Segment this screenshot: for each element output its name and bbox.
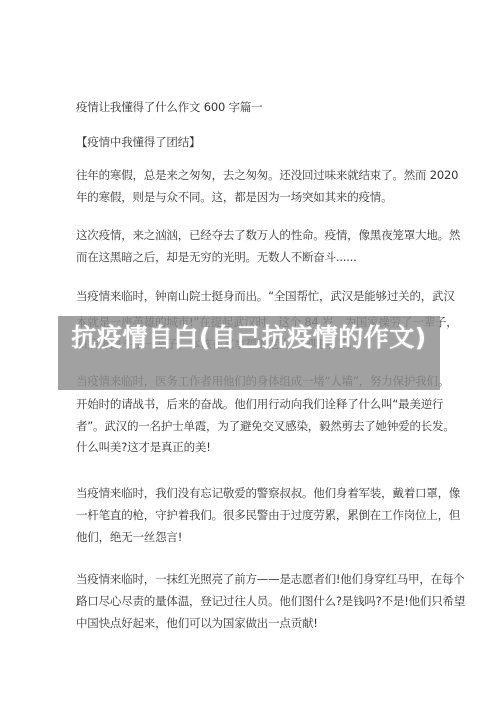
paragraph-line: 一杆笔直的枪，守护着我们。很多民警由于过度劳累，累倒在工作岗位上，但: [76, 508, 460, 522]
paragraph-line: 路口尽心尽责的量体温，登记过往人员。他们图什么?是钱吗?不是!他们只希望: [76, 594, 465, 608]
overlay-title: 抗疫情自白(自己抗疫情的作文): [58, 324, 440, 352]
paragraph-line: 当疫情来临时，一抹红光照亮了前方——是志愿者们!他们身穿红马甲，在每个: [76, 572, 465, 586]
paragraph-line: 而在这黑暗之后，却是无穷的光明。无数人不断奋斗......: [76, 250, 357, 264]
paragraph-line: 这次疫情，来之汹汹，已经夺去了数万人的性命。疫情，像黑夜笼罩大地。然: [76, 228, 460, 242]
paragraph-line: 什么叫美?这才是真正的美!: [76, 440, 211, 454]
paragraph-line: 者”。武汉的一名护士单霞，为了避免交叉感染，毅然剪去了她钟爱的长发。: [76, 419, 455, 433]
paragraph-line: 年的寒假，则是与众不同。这，都是因为一场突如其来的疫情。: [76, 190, 392, 204]
title-overlay-banner: 抗疫情自白(自己抗疫情的作文): [58, 316, 440, 390]
paragraph-line: 当疫情来临时，钟南山院士挺身而出。“全国帮忙，武汉是能够过关的，武汉: [76, 289, 455, 303]
paragraph-line: 当疫情来临时，我们没有忘记敬爱的警察叔叔。他们身着军装，戴着口罩，像: [76, 486, 460, 500]
document-title: 疫情让我懂得了什么作文 600 字篇一: [76, 100, 262, 114]
paragraph-line: 中国快点好起来，他们可以为国家做出一点贡献!: [76, 616, 318, 630]
paragraph-line: 他们，绝无一丝怨言!: [76, 530, 182, 544]
paragraph-line: 往年的寒假，总是来之匆匆，去之匆匆。还没回过味来就结束了。然而 2020: [76, 168, 458, 182]
section-heading: 【疫情中我懂得了团结】: [76, 135, 200, 149]
paragraph-line: 开始时的请战书，后来的奋战。他们用行动向我们诠释了什么叫“最美逆行: [76, 397, 443, 411]
